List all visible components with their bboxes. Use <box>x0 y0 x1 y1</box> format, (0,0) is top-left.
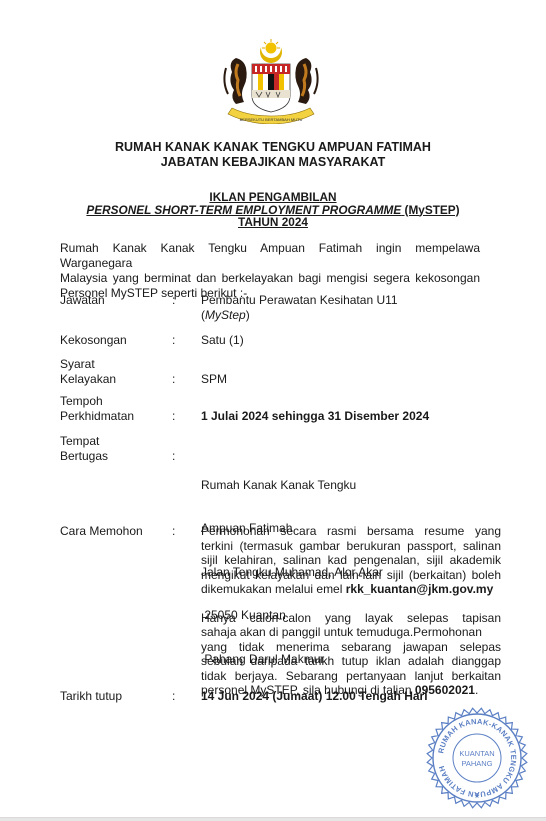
intro-paragraph: Rumah Kanak Kanak Tengku Ampuan Fatimah … <box>60 241 480 301</box>
service-period: 1 Julai 2024 sehingga 31 Disember 2024 <box>201 409 491 424</box>
qualification: SPM <box>201 372 491 387</box>
title-programme-abbr: (MySTEP) <box>401 203 459 217</box>
position-programme: (MyStep) <box>201 308 491 323</box>
vacancy-count: Satu (1) <box>201 333 491 348</box>
field-label: Cara Memohon <box>60 524 170 539</box>
field-label: Jawatan <box>60 293 170 308</box>
field-colon: : <box>172 293 182 308</box>
organization-header: RUMAH KANAK KANAK TENGKU AMPUAN FATIMAH … <box>0 140 546 170</box>
advertisement-title: IKLAN PENGAMBILAN PERSONEL SHORT-TERM EM… <box>0 191 546 229</box>
field-value: Pembantu Perawatan Kesihatan U11 (MyStep… <box>201 293 491 322</box>
application-instructions: Permohonan secara rasmi bersama resume y… <box>201 524 501 698</box>
field-colon: : <box>172 689 182 704</box>
field-label: Tarikh tutup <box>60 689 170 704</box>
official-stamp-icon: ★ RUMAH KANAK-KANAK TENGKU AMPUAN FATIMA… <box>425 706 529 810</box>
svg-text:BERSEKUTU BERTAMBAH MUTU: BERSEKUTU BERTAMBAH MUTU <box>240 117 303 122</box>
application-paragraph: Permohonan secara rasmi bersama resume y… <box>201 524 501 597</box>
field-colon: : <box>172 524 182 539</box>
title-year: TAHUN 2024 <box>238 215 308 229</box>
svg-text:KUANTAN: KUANTAN <box>459 749 494 758</box>
department-name: JABATAN KEBAJIKAN MASYARAKAT <box>0 155 546 170</box>
field-label: Tempat Bertugas <box>60 434 170 463</box>
closing-date: 14 Jun 2024 (Jumaat) 12.00 Tengah Hari <box>201 689 521 704</box>
svg-text:PAHANG: PAHANG <box>461 759 492 768</box>
position-title: Pembantu Perawatan Kesihatan U11 <box>201 293 491 308</box>
org-name: RUMAH KANAK KANAK TENGKU AMPUAN FATIMAH <box>0 140 546 155</box>
notice-paragraph: Hanya calon-calon yang layak selepas tap… <box>201 611 501 698</box>
intro-line: Rumah Kanak Kanak Tengku Ampuan Fatimah … <box>60 241 480 271</box>
email-link[interactable]: rkk_kuantan@jkm.gov.my <box>346 582 494 596</box>
field-label: Syarat Kelayakan <box>60 357 170 386</box>
field-label: Kekosongan <box>60 333 170 348</box>
field-colon: : <box>172 372 182 387</box>
field-label: Tempoh Perkhidmatan <box>60 394 170 423</box>
page-bottom-edge <box>0 817 546 821</box>
malaysia-coat-of-arms-icon: BERSEKUTU BERTAMBAH MUTU <box>218 38 324 124</box>
field-colon: : <box>172 333 182 348</box>
document-page: BERSEKUTU BERTAMBAH MUTU RUMAH KANAK KAN… <box>0 0 546 818</box>
field-colon: : <box>172 449 182 464</box>
intro-line: Malaysia yang berminat dan berkelayakan … <box>60 271 480 286</box>
field-colon: : <box>172 409 182 424</box>
